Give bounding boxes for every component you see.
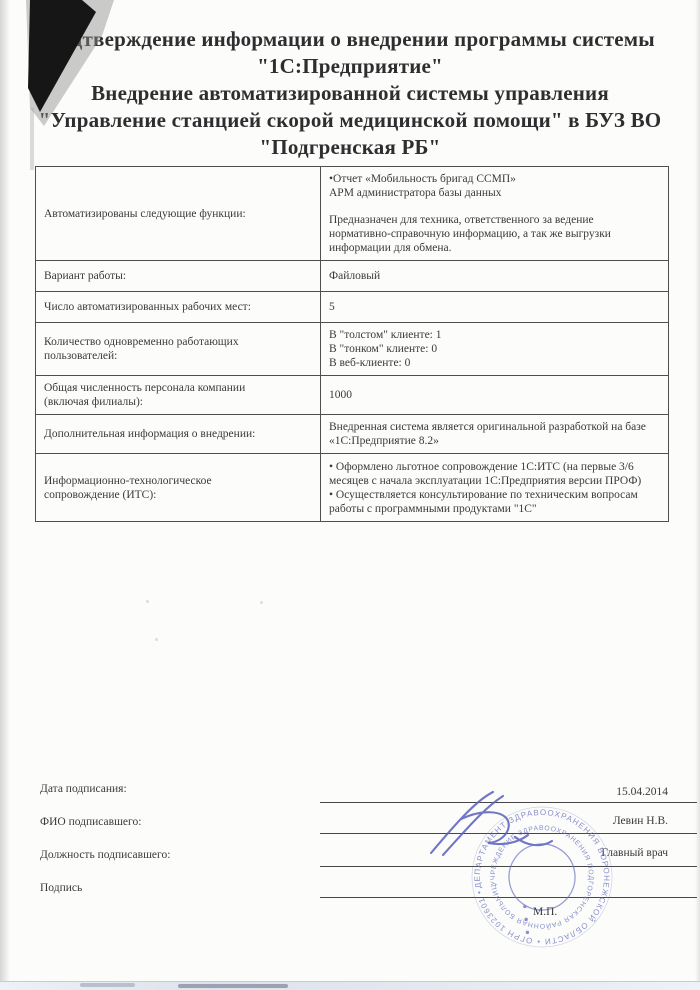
stamp-outer-ring xyxy=(461,796,623,958)
table-row: Вариант работы: Файловый xyxy=(36,261,669,292)
field-label: Вариант работы: xyxy=(36,261,321,292)
field-label: Общая численность персонала компании (вк… xyxy=(36,376,321,415)
signing-date-label: Дата подписания: xyxy=(40,783,127,795)
field-value: • Оформлено льготное сопровождение 1С:ИТ… xyxy=(321,454,669,522)
scanned-document-page: Подтверждение информации о внедрении про… xyxy=(0,0,700,990)
field-value: В "толстом" клиенте: 1 В "тонком" клиент… xyxy=(321,323,669,376)
stamp-outer-text: ДЕПАРТАМЕНТ ЗДРАВООХРАНЕНИЯ ВОРОНЕЖСКОЙ … xyxy=(462,797,622,957)
stamp-dot xyxy=(525,930,529,934)
signer-name-label: ФИО подписавшего: xyxy=(40,816,141,828)
table-row: Информационно-технологическое сопровожде… xyxy=(36,454,669,522)
field-value: Внедренная система является оригинальной… xyxy=(321,415,669,454)
field-value: 5 xyxy=(321,292,669,323)
scan-smudge xyxy=(178,984,288,988)
value-line: АРМ администратора базы данных xyxy=(329,186,658,200)
scan-corner-artifact xyxy=(0,0,135,185)
implementation-info-table: Автоматизированы следующие функции: •Отч… xyxy=(35,166,669,522)
table-row: Количество одновременно работающих польз… xyxy=(36,323,669,376)
value-line: • Осуществляется консультирование по тех… xyxy=(329,488,658,516)
value-line: В веб-клиенте: 0 xyxy=(329,356,658,370)
value-gap xyxy=(329,200,658,213)
scan-speck xyxy=(146,600,149,603)
stamp-place-mark: М.П. xyxy=(533,906,557,918)
field-label: Число автоматизированных рабочих мест: xyxy=(36,292,321,323)
table-row: Число автоматизированных рабочих мест: 5 xyxy=(36,292,669,323)
value-line: В "тонком" клиенте: 0 xyxy=(329,342,658,356)
scan-right-edge xyxy=(695,0,700,990)
field-label: Количество одновременно работающих польз… xyxy=(36,323,321,376)
scan-speck xyxy=(260,601,263,604)
corner-streak xyxy=(30,108,34,170)
field-value: •Отчет «Мобильность бригад ССМП» АРМ адм… xyxy=(321,167,669,261)
field-label: Дополнительная информация о внедрении: xyxy=(36,415,321,454)
value-line: В "толстом" клиенте: 1 xyxy=(329,328,658,342)
stamp-inner-ring xyxy=(504,839,580,915)
signer-position-label: Должность подписавшего: xyxy=(40,849,170,861)
table-row: Дополнительная информация о внедрении: В… xyxy=(36,415,669,454)
signature-label: Подпись xyxy=(40,882,82,894)
scan-smudge xyxy=(80,983,135,987)
value-line: •Отчет «Мобильность бригад ССМП» xyxy=(329,172,658,186)
scan-speck xyxy=(155,638,158,641)
value-line: • Оформлено льготное сопровождение 1С:ИТ… xyxy=(329,460,658,488)
value-line: Предназначен для техника, ответственного… xyxy=(329,213,658,255)
table-row: Общая численность персонала компании (вк… xyxy=(36,376,669,415)
field-label: Информационно-технологическое сопровожде… xyxy=(36,454,321,522)
round-stamp: ДЕПАРТАМЕНТ ЗДРАВООХРАНЕНИЯ ВОРОНЕЖСКОЙ … xyxy=(452,795,637,960)
field-value: 1000 xyxy=(321,376,669,415)
field-value: Файловый xyxy=(321,261,669,292)
